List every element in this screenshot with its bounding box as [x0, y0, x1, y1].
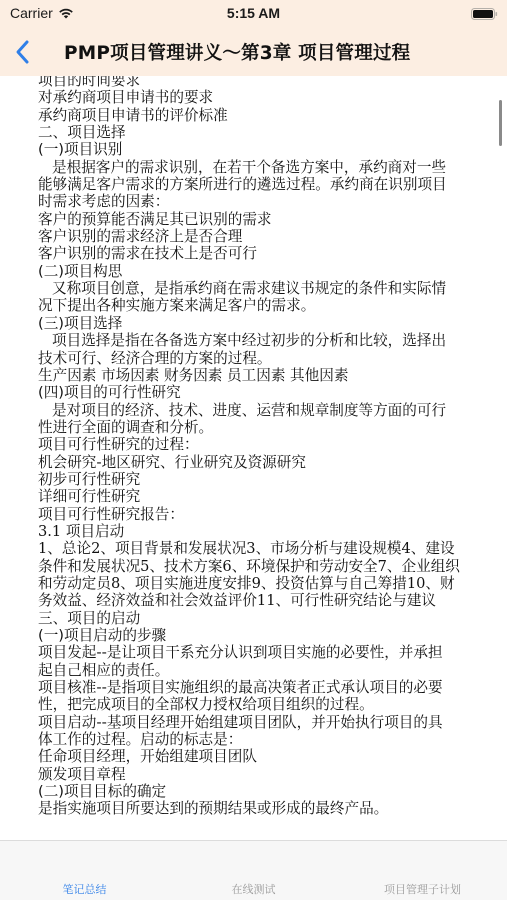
- text-line: 起自己相应的责任。: [38, 662, 478, 679]
- tab-project-subplan[interactable]: 项目管理子计划: [338, 881, 507, 897]
- text-line: 生产因素 市场因素 财务因素 员工因素 其他因素: [38, 367, 478, 384]
- text-line: 和劳动定员8、项目实施进度安排9、投资估算与自己筹措10、财: [38, 575, 478, 592]
- text-line: 三、项目的启动: [38, 610, 478, 627]
- text-line: 任命项目经理，开始组建项目团队: [38, 748, 478, 765]
- text-line: (三)项目选择: [38, 315, 478, 332]
- status-bar: Carrier 5:15 AM: [0, 0, 507, 28]
- text-line: 客户识别的需求在技术上是否可行: [38, 245, 478, 262]
- text-line: (一)项目识别: [38, 141, 478, 158]
- notes-text: 项目的时间要求对承约商项目申请书的要求承约商项目申请书的评价标准二、项目选择(一…: [38, 72, 478, 818]
- text-line: 性，把完成项目的全部权力授权给项目组织的过程。: [38, 696, 478, 713]
- text-line: 体工作的过程。启动的标志是：: [38, 731, 478, 748]
- navigation-bar: PMP项目管理讲义～第3章 项目管理过程: [0, 28, 507, 76]
- text-line: 条件和发展状况5、技术方案6、环境保护和劳动安全7、企业组织: [38, 558, 478, 575]
- text-line: 项目发起--是让项目干系充分认识到项目实施的必要性，并承担: [38, 644, 478, 661]
- text-line: 项目可行性研究报告：: [38, 506, 478, 523]
- tab-notes-summary[interactable]: 笔记总结: [0, 881, 169, 897]
- text-line: 颁发项目章程: [38, 766, 478, 783]
- page-title: PMP项目管理讲义～第3章 项目管理过程: [64, 39, 410, 65]
- text-line: 3.1 项目启动: [38, 523, 478, 540]
- text-line: (四)项目的可行性研究: [38, 384, 478, 401]
- text-line: 性进行全面的调查和分析。: [38, 419, 478, 436]
- battery-full-icon: [471, 8, 498, 20]
- text-line: 时需求考虑的因素：: [38, 193, 478, 210]
- text-line: 对承约商项目申请书的要求: [38, 89, 478, 106]
- text-line: (二)项目构思: [38, 263, 478, 280]
- tab-online-test[interactable]: 在线测试: [169, 881, 338, 897]
- notes-content[interactable]: 项目的时间要求对承约商项目申请书的要求承约商项目申请书的评价标准二、项目选择(一…: [0, 0, 507, 840]
- chevron-left-icon: [12, 38, 38, 66]
- text-line: 务效益、经济效益和社会效益评价11、可行性研究结论与建议: [38, 592, 478, 609]
- text-line: 项目可行性研究的过程：: [38, 436, 478, 453]
- text-line: 承约商项目申请书的评价标准: [38, 107, 478, 124]
- text-line: 机会研究-地区研究、行业研究及资源研究: [38, 454, 478, 471]
- text-line: 客户的预算能否满足其已识别的需求: [38, 211, 478, 228]
- text-line: 初步可行性研究: [38, 471, 478, 488]
- status-time: 5:15 AM: [0, 5, 507, 21]
- text-line: 客户识别的需求经济上是否合理: [38, 228, 478, 245]
- text-line: 项目启动--基项目经理开始组建项目团队，并开始执行项目的具: [38, 714, 478, 731]
- header: Carrier 5:15 AM PMP项目管理讲义～第3章 项目管理过程: [0, 0, 507, 76]
- text-line: (一)项目启动的步骤: [38, 627, 478, 644]
- text-line: 1、总论2、项目背景和发展状况3、市场分析与建设规模4、建设: [38, 540, 478, 557]
- text-line: 况下提出各种实施方案来满足客户的需求。: [38, 297, 478, 314]
- text-line: 技术可行、经济合理的方案的过程。: [38, 350, 478, 367]
- text-line: 项目选择是指在各备选方案中经过初步的分析和比较，选择出: [38, 332, 478, 349]
- text-line: 是指实施项目所要达到的预期结果或形成的最终产品。: [38, 800, 478, 817]
- text-line: 详细可行性研究: [38, 488, 478, 505]
- text-line: 是对项目的经济、技术、进度、运营和规章制度等方面的可行: [38, 402, 478, 419]
- text-line: 项目核准--是指项目实施组织的最高决策者正式承认项目的必要: [38, 679, 478, 696]
- text-line: (二)项目目标的确定: [38, 783, 478, 800]
- vertical-scrollbar[interactable]: [499, 100, 502, 146]
- text-line: 二、项目选择: [38, 124, 478, 141]
- tab-bar: 笔记总结 在线测试 项目管理子计划: [0, 840, 507, 900]
- text-line: 又称项目创意，是指承约商在需求建议书规定的条件和实际情: [38, 280, 478, 297]
- text-line: 能够满足客户需求的方案所进行的遴选过程。承约商在识别项目: [38, 176, 478, 193]
- text-line: 是根据客户的需求识别，在若干个备选方案中，承约商对一些: [38, 159, 478, 176]
- back-button[interactable]: [12, 38, 38, 66]
